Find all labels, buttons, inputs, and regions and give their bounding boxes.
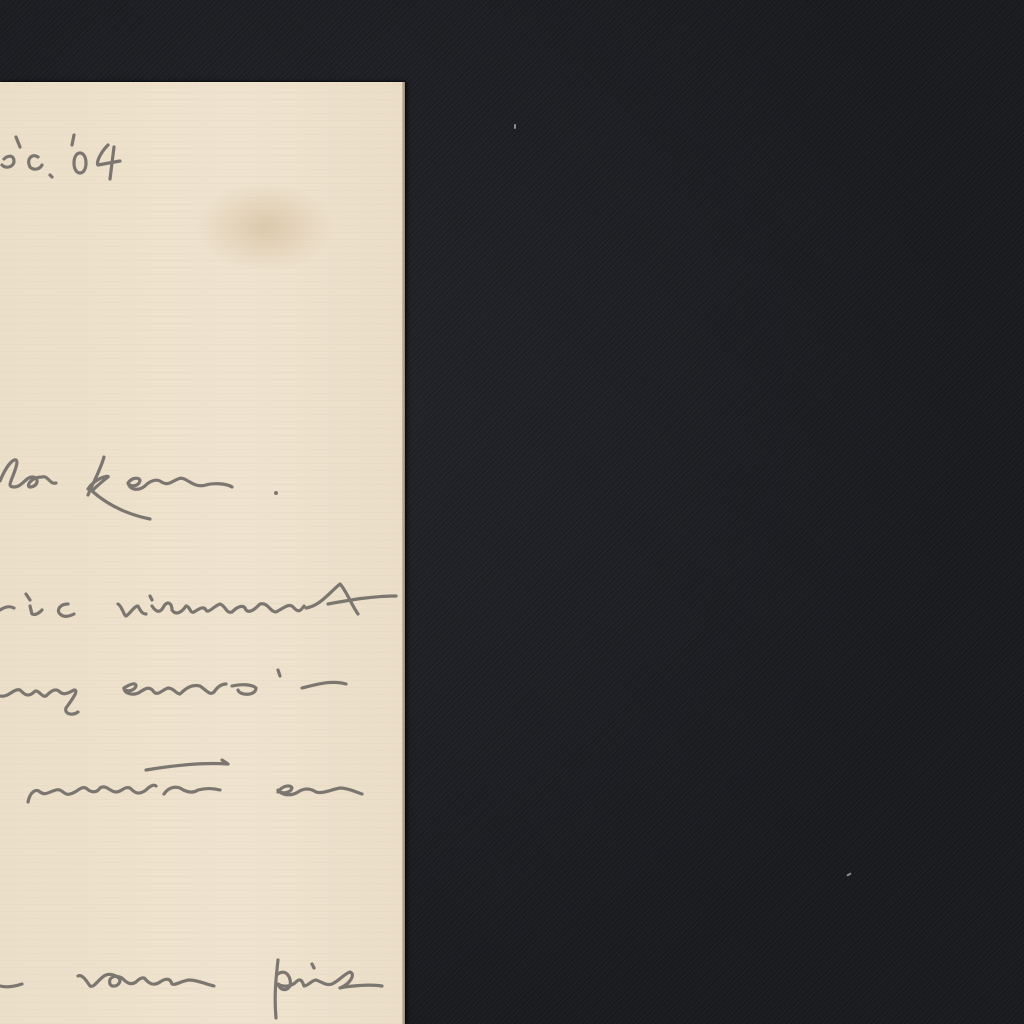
paper-right-edge — [402, 82, 405, 1024]
letter-paper: éc. '04 …lleKen. …ie vivement — [0, 82, 405, 1024]
date-fragment: éc. '04 — [0, 117, 130, 177]
body-line-2: …uz envo- — [0, 662, 405, 732]
body-line-1: …ie vivement — [0, 572, 405, 632]
salutation-line: …lleKen. — [0, 437, 300, 527]
body-line-3: …rendre en — [0, 752, 405, 822]
backdrop-dust-fleck — [846, 872, 851, 876]
body-line-4: … vous prier — [0, 944, 405, 1024]
backdrop-dust-fleck — [514, 124, 516, 129]
